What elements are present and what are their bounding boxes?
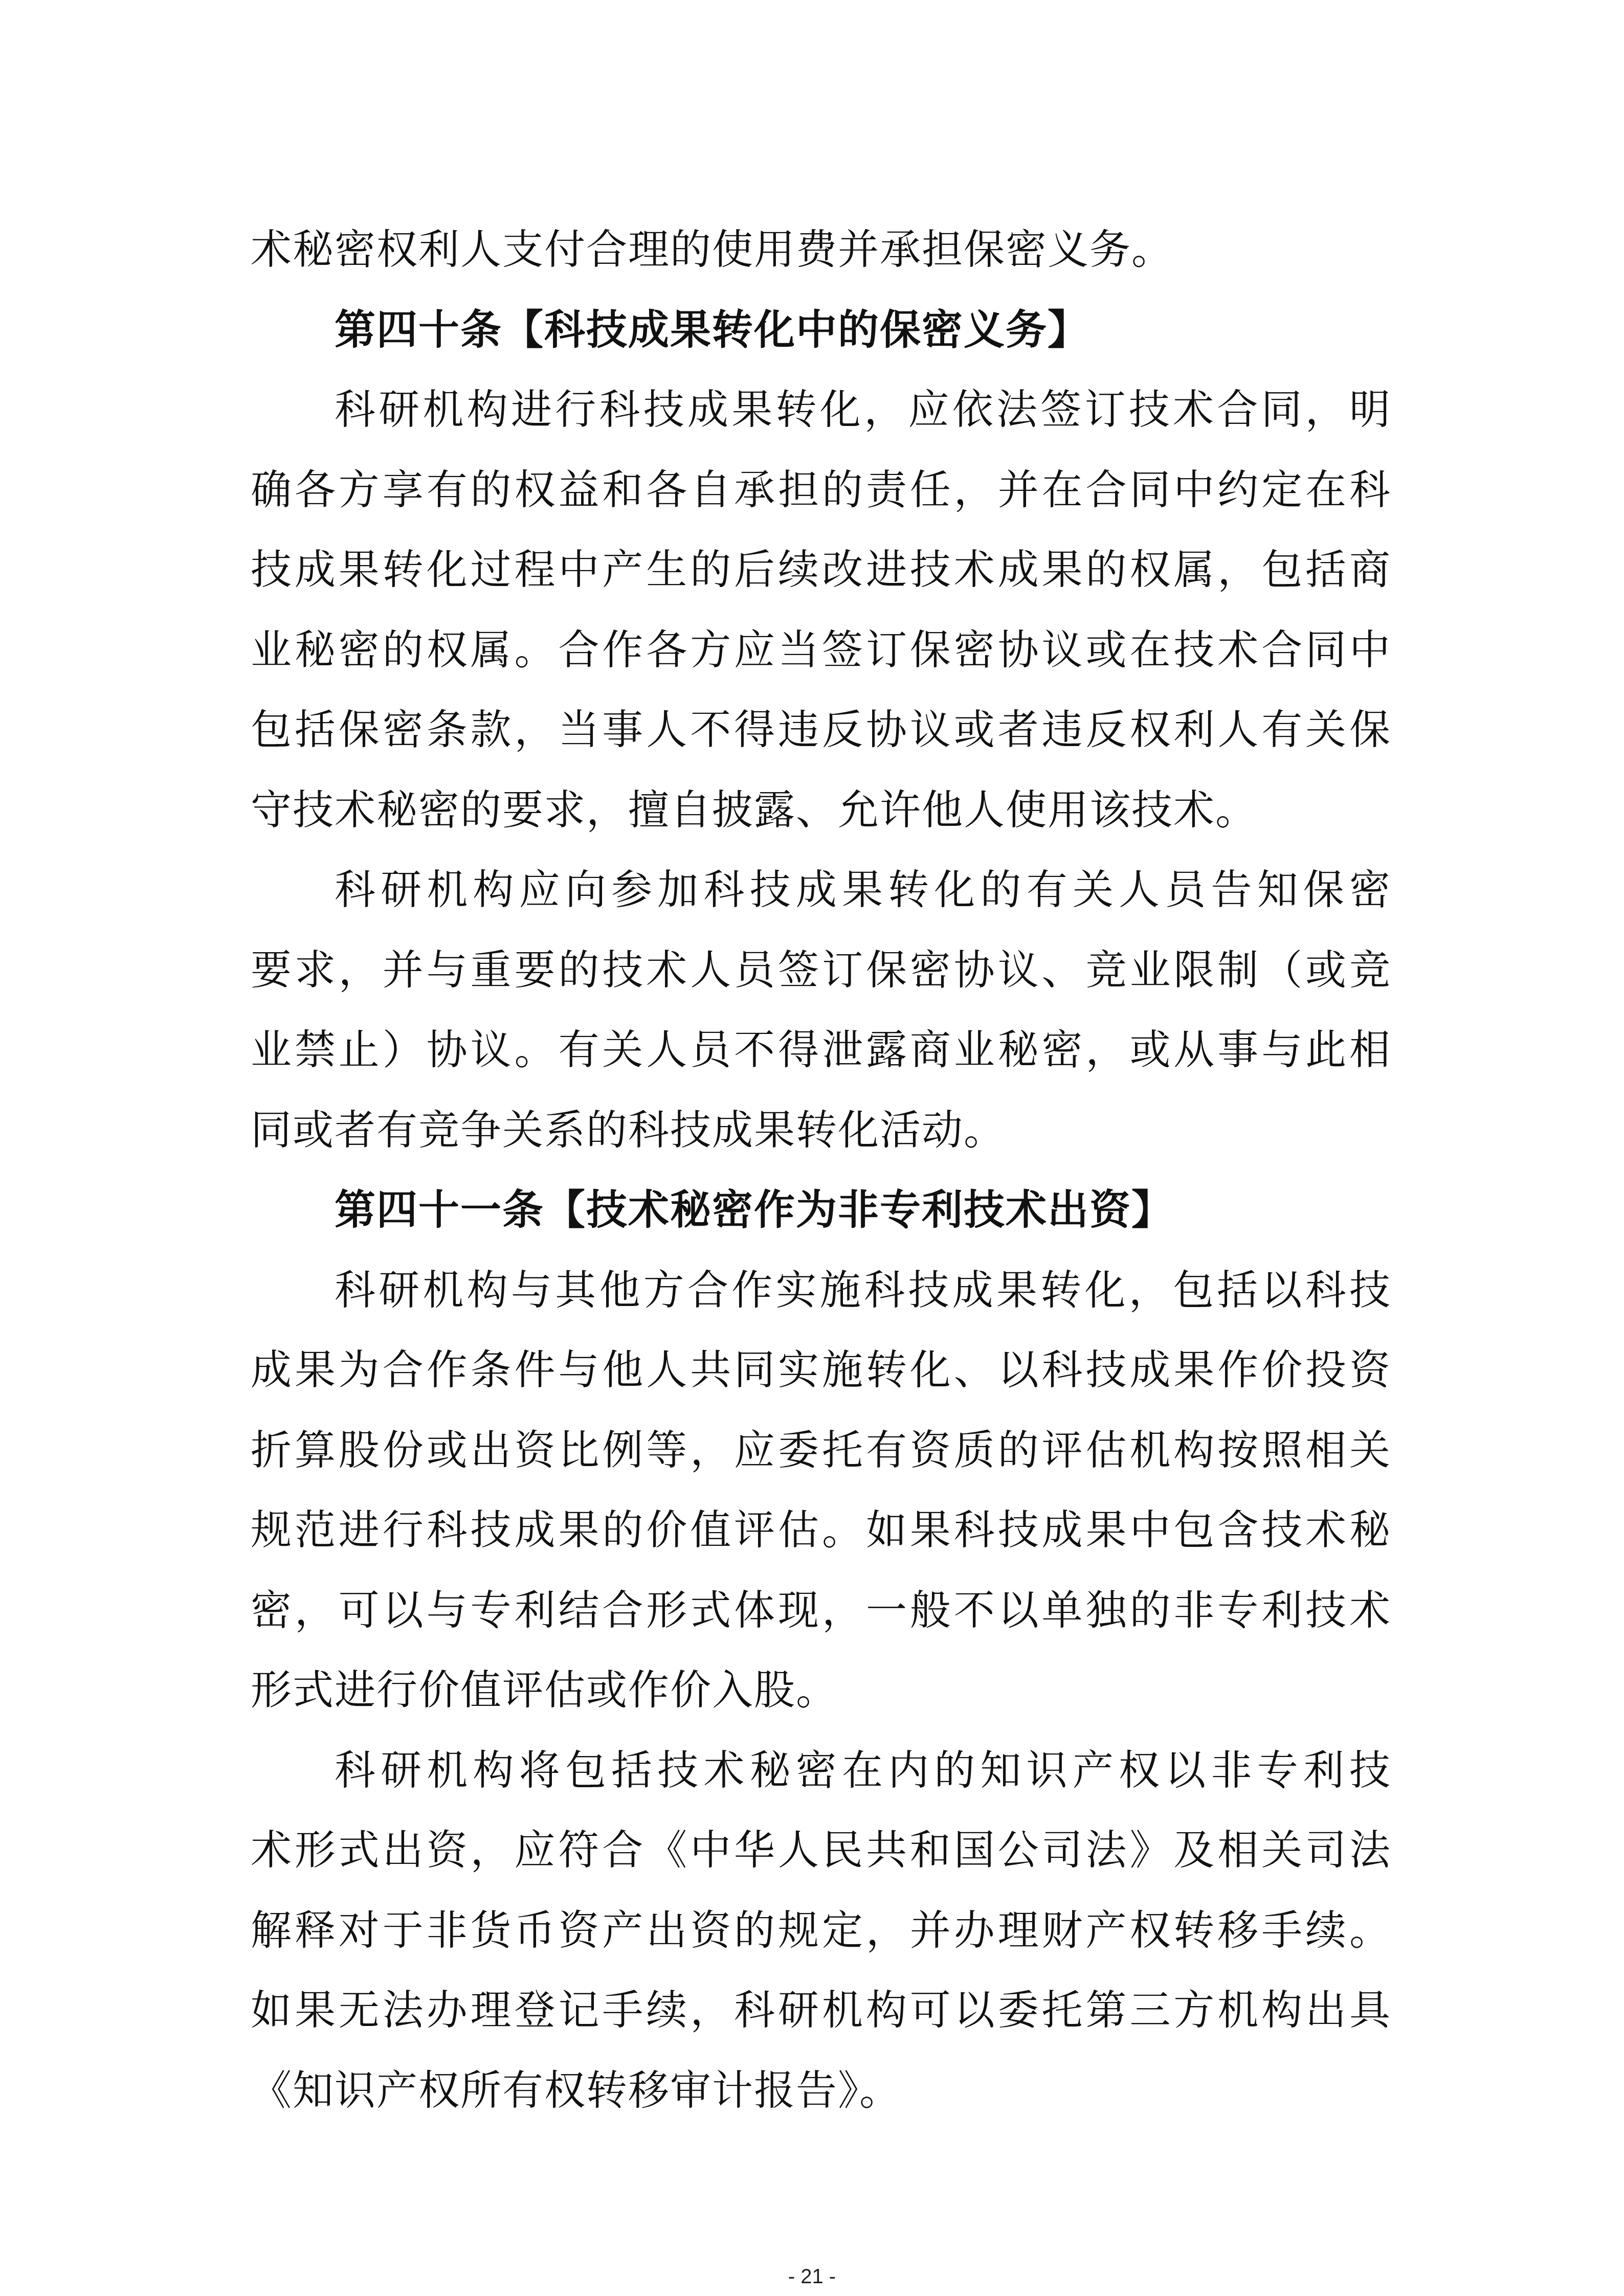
paragraph-line: 形式进行价值评估或作价入股。 [251,1650,1391,1730]
paragraph-line: 如果无法办理登记手续，科研机构可以委托第三方机构出具 [251,1970,1391,2051]
paragraph-line: 术秘密权利人支付合理的使用费并承担保密义务。 [251,210,1391,290]
document-page: 术秘密权利人支付合理的使用费并承担保密义务。 第四十条【科技成果转化中的保密义务… [251,210,1391,2130]
paragraph-line: 科研机构与其他方合作实施科技成果转化，包括以科技 [251,1250,1391,1331]
paragraph-line: 守技术秘密的要求，擅自披露、允许他人使用该技术。 [251,770,1391,850]
paragraph-line: 科研机构应向参加科技成果转化的有关人员告知保密 [251,850,1391,930]
paragraph-line: 成果为合作条件与他人共同实施转化、以科技成果作价投资 [251,1330,1391,1410]
paragraph-line: 业禁止）协议。有关人员不得泄露商业秘密，或从事与此相 [251,1010,1391,1090]
page-number: - 21 - [0,2265,1624,2288]
paragraph-line: 确各方享有的权益和各自承担的责任，并在合同中约定在科 [251,450,1391,530]
paragraph-line: 同或者有竞争关系的科技成果转化活动。 [251,1090,1391,1170]
paragraph-line: 规范进行科技成果的价值评估。如果科技成果中包含技术秘 [251,1490,1391,1570]
paragraph-line: 技成果转化过程中产生的后续改进技术成果的权属，包括商 [251,530,1391,610]
paragraph-line: 术形式出资，应符合《中华人民共和国公司法》及相关司法 [251,1810,1391,1890]
paragraph-line: 业秘密的权属。合作各方应当签订保密协议或在技术合同中 [251,610,1391,690]
paragraph-line: 《知识产权所有权转移审计报告》。 [251,2051,1391,2131]
paragraph-line: 折算股份或出资比例等，应委托有资质的评估机构按照相关 [251,1410,1391,1491]
article-40-heading: 第四十条【科技成果转化中的保密义务】 [251,290,1391,370]
paragraph-line: 科研机构将包括技术秘密在内的知识产权以非专利技 [251,1730,1391,1811]
paragraph-line: 包括保密条款，当事人不得违反协议或者违反权利人有关保 [251,690,1391,770]
article-41-heading: 第四十一条【技术秘密作为非专利技术出资】 [251,1170,1391,1250]
paragraph-line: 要求，并与重要的技术人员签订保密协议、竞业限制（或竞 [251,930,1391,1010]
paragraph-line: 密，可以与专利结合形式体现，一般不以单独的非专利技术 [251,1570,1391,1651]
paragraph-line: 解释对于非货币资产出资的规定，并办理财产权转移手续。 [251,1890,1391,1971]
paragraph-line: 科研机构进行科技成果转化，应依法签订技术合同，明 [251,370,1391,450]
